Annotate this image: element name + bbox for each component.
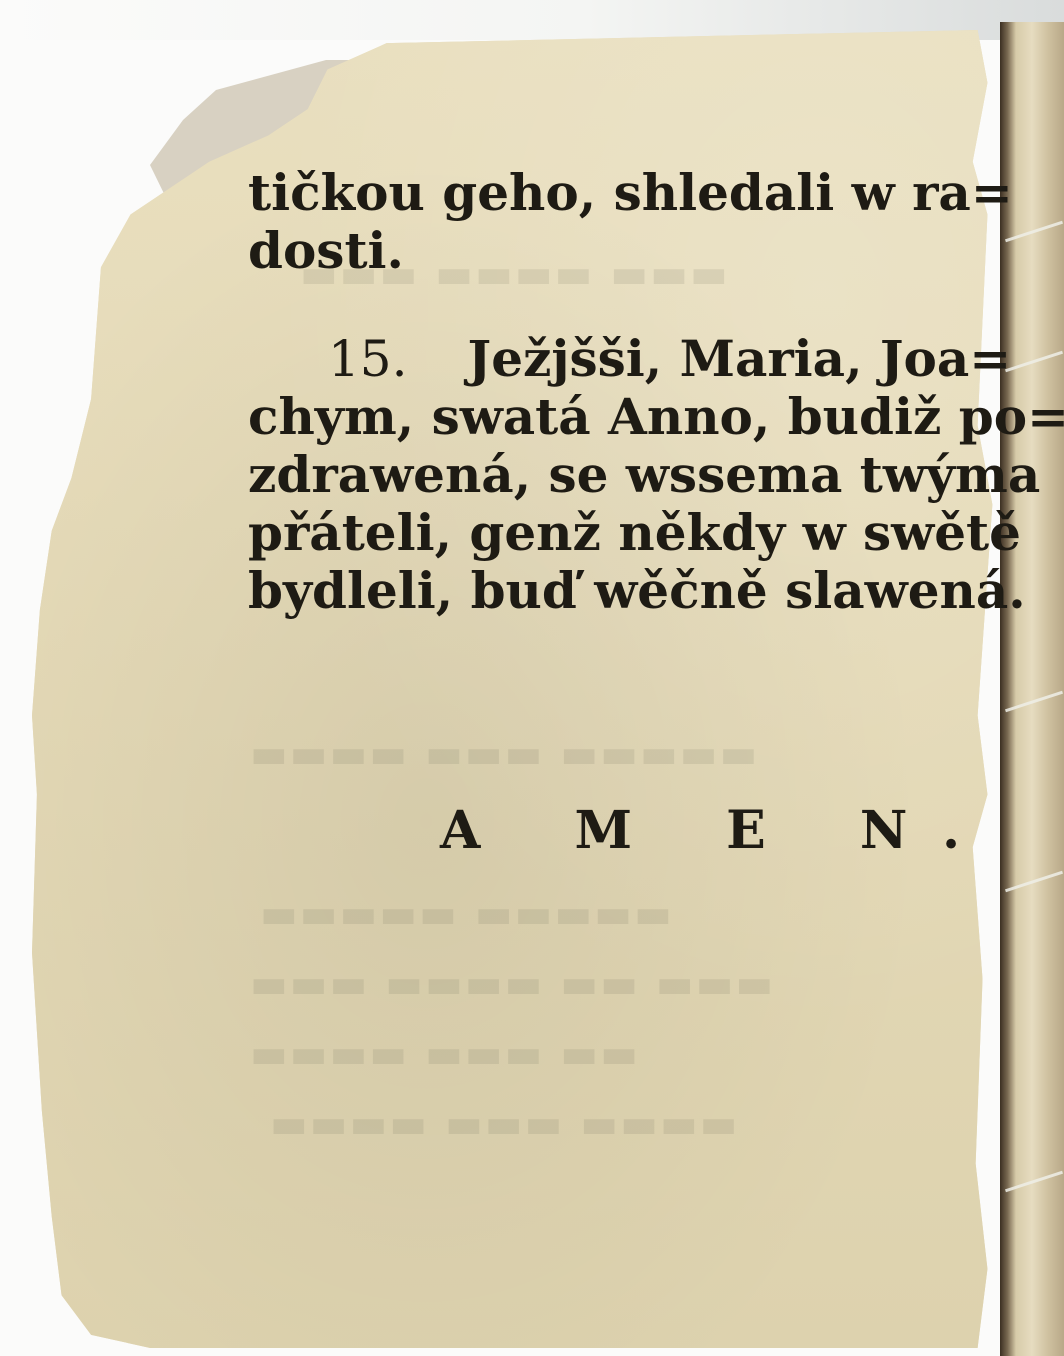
verse-number: 15. xyxy=(328,330,408,388)
show-through-text: ▬▬▬ ▬▬▬▬ ▬▬ ▬▬▬ xyxy=(250,960,775,1007)
closing-amen: A M E N. xyxy=(440,800,780,861)
text-line: tičkou geho, shledali w ra= xyxy=(248,164,964,222)
paragraph-gap xyxy=(248,280,964,330)
show-through-text: ▬▬▬▬ ▬▬▬ ▬▬▬▬▬ xyxy=(250,730,759,777)
text-line: dosti. xyxy=(248,222,964,280)
show-through-text: ▬▬▬▬ ▬▬▬ ▬▬ xyxy=(250,1030,640,1077)
text-line: chym, swatá Anno, budiž po= xyxy=(248,388,964,446)
paragraph-continuation: tičkou geho, shledali w ra= dosti. xyxy=(248,164,964,280)
verse-first-line: Ježjšši, Maria, Joa= xyxy=(468,329,1012,388)
verse-15-paragraph: 15.Ježjšši, Maria, Joa= chym, swatá Anno… xyxy=(248,330,964,620)
page-text: tičkou geho, shledali w ra= dosti. 15.Je… xyxy=(248,164,964,620)
text-line: zdrawená, se wssema twýma xyxy=(248,446,964,504)
text-line: bydleli, buď wěčně slawená. xyxy=(248,562,964,620)
show-through-text: ▬▬▬▬ ▬▬▬ ▬▬▬▬ xyxy=(270,1100,740,1147)
text-line: 15.Ježjšši, Maria, Joa= xyxy=(248,330,964,388)
show-through-text: ▬▬▬▬▬ ▬▬▬▬▬ xyxy=(260,890,674,937)
scanned-page-image: ▬▬▬ ▬▬▬▬ ▬▬▬ ▬▬▬▬ ▬▬▬ ▬▬▬▬▬ ▬▬▬▬▬ ▬▬▬▬▬ … xyxy=(0,0,1064,1356)
text-line: přáteli, genž někdy w swětě xyxy=(248,504,964,562)
